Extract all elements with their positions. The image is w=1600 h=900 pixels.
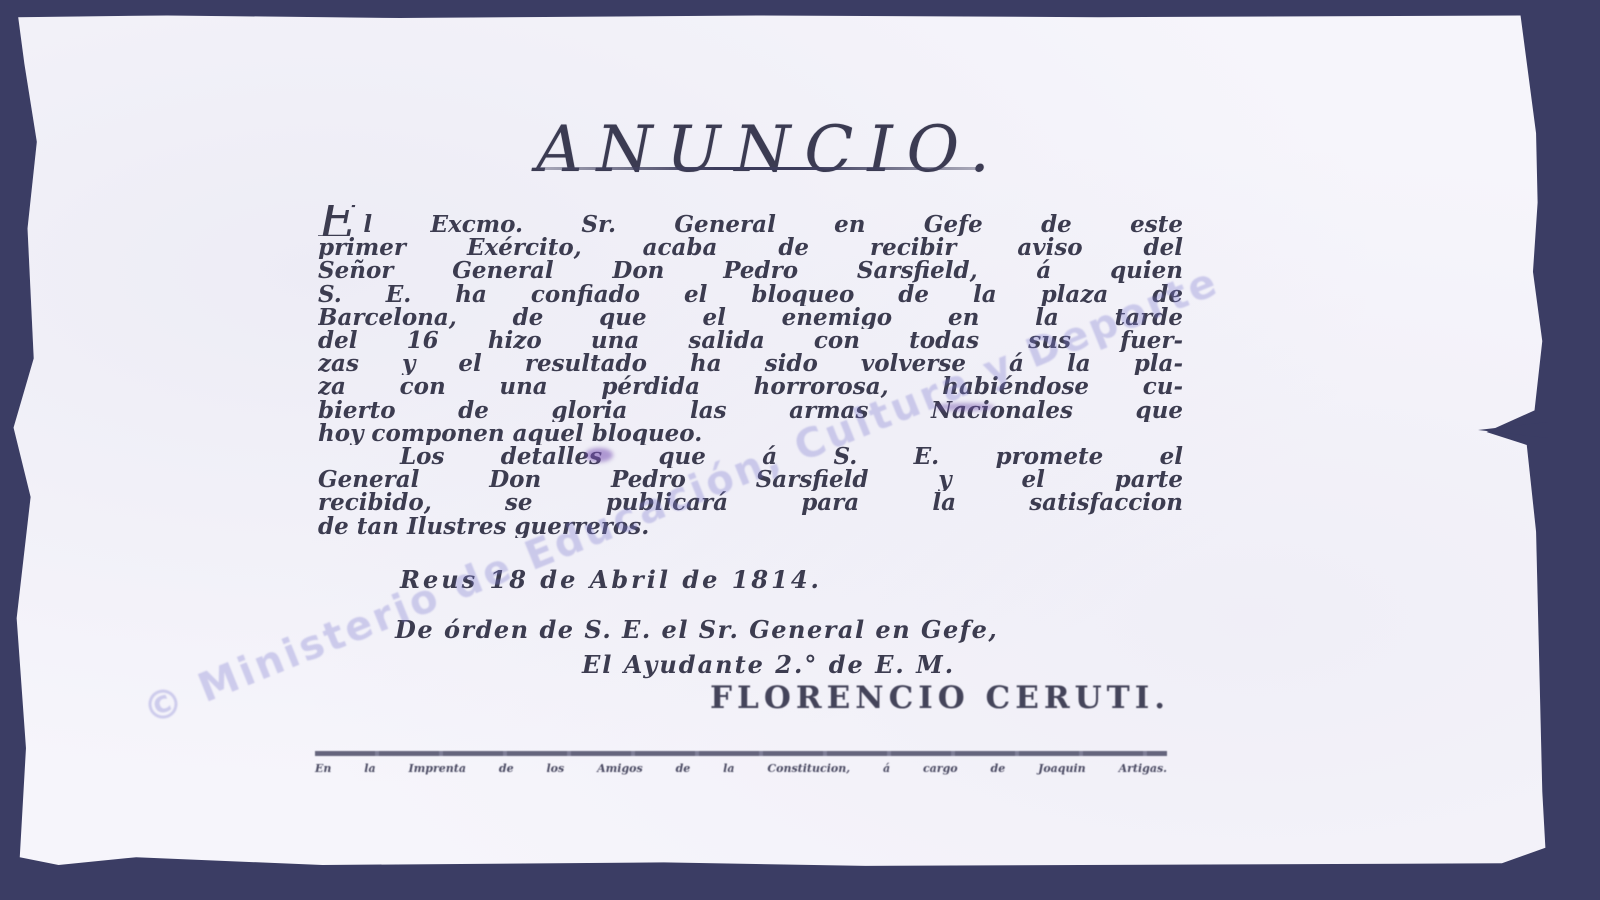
body-line-6: del 16 hizo una salida con todas sus fue… — [318, 329, 1183, 352]
body-line-2: primer Exército, acaba de recibir aviso … — [318, 236, 1183, 259]
footer-rule — [315, 751, 1167, 756]
body-line-8: za con una pérdida horrorosa, habiéndose… — [318, 375, 1183, 398]
body-line-13: recibido, se publicará para la satisfacc… — [318, 491, 1183, 514]
body-line-10: hoy componen aquel bloqueo. — [318, 422, 1183, 445]
ink-smudge — [935, 403, 995, 411]
body-line-7: zas y el resultado ha sido volverse á la… — [318, 352, 1183, 375]
order-line: De órden de S. E. el Sr. General en Gefe… — [395, 615, 1175, 644]
ink-smudge — [585, 448, 613, 462]
body-line-4: S. E. ha confiado el bloqueo de la plaza… — [318, 283, 1183, 306]
announcement-body: El Excmo. Sr. General en Gefe de este pr… — [318, 205, 1183, 538]
body-line-3: Señor General Don Pedro Sarsfield, á qui… — [318, 259, 1183, 282]
signature-name: FLORENCIO CERUTI. — [480, 680, 1170, 716]
document-title: ANUNCIO. — [420, 113, 1120, 187]
title-rule — [537, 167, 982, 170]
body-line-1: El Excmo. Sr. General en Gefe de este — [318, 205, 1183, 236]
body-line-12: General Don Pedro Sarsfield y el parte — [318, 468, 1183, 491]
body-line-11: Los detalles que á S. E. promete el — [318, 445, 1183, 468]
dateline: Reus 18 de Abril de 1814. — [400, 565, 822, 594]
printer-imprint: En la Imprenta de los Amigos de la Const… — [315, 762, 1167, 775]
body-line-14: de tan Ilustres guerreros. — [318, 515, 1183, 538]
body-line-5: Barcelona, de que el enemigo en la tarde — [318, 306, 1183, 329]
drop-cap: E — [318, 205, 357, 236]
body-line-9: bierto de gloria las armas Nacionales qu… — [318, 399, 1183, 422]
aide-title: El Ayudante 2.° de E. M. — [582, 650, 955, 679]
